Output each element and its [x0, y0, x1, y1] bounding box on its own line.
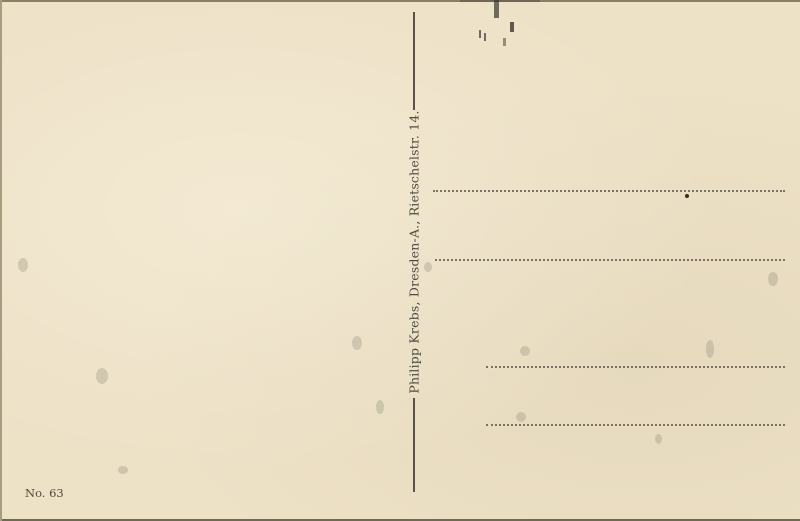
address-line-4	[486, 424, 785, 426]
stain	[376, 400, 384, 414]
stain	[118, 466, 128, 474]
stain	[520, 346, 530, 356]
ink-mark	[494, 0, 499, 18]
postcard-back: Philipp Krebs, Dresden-A., Rietschelstr.…	[0, 0, 800, 521]
address-line-1	[433, 190, 785, 192]
address-line-3	[486, 366, 785, 368]
center-divider-bottom	[413, 398, 415, 492]
stain	[706, 340, 714, 358]
ink-mark	[479, 30, 481, 38]
publisher-imprint: Philipp Krebs, Dresden-A., Rietschelstr.…	[407, 110, 422, 393]
center-divider-top	[413, 12, 415, 110]
stain	[516, 412, 526, 422]
ink-dot	[685, 194, 689, 198]
stain	[424, 262, 432, 272]
stain	[18, 258, 28, 272]
stain	[96, 368, 108, 384]
card-number: No. 63	[25, 486, 64, 500]
address-line-2	[435, 259, 785, 261]
ink-mark	[503, 38, 506, 46]
stain	[768, 272, 778, 286]
ink-mark	[484, 33, 486, 41]
stain	[655, 434, 662, 444]
stain	[352, 336, 362, 350]
ink-mark	[460, 0, 540, 2]
ink-mark	[510, 22, 514, 32]
